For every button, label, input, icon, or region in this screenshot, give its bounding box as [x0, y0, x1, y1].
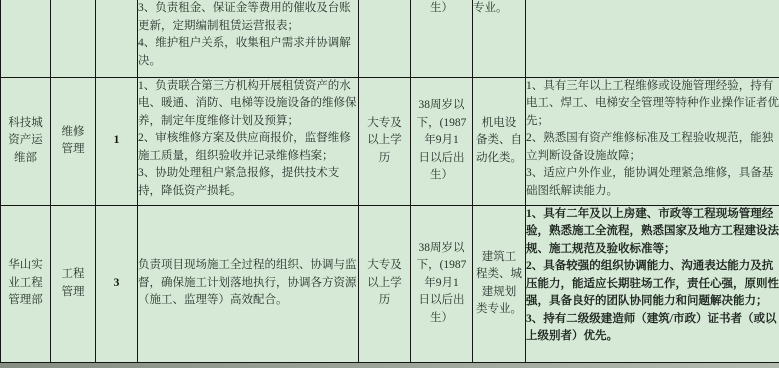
cell-position: 工程 管理	[51, 205, 96, 362]
cell-position: 维修 管理	[51, 77, 96, 205]
cell-duties: 负责项目现场施工全过程的组织、协调与监督，确保施工计划落地执行，协调各方资源（施…	[138, 205, 359, 362]
cell-education: 大专及 以上学 历	[359, 77, 411, 205]
table-row-maintenance-manager: 科技城 资产运 维部 维修 管理 1 1、负责联合第三方机构开展租赁资产的水电、…	[1, 77, 779, 205]
cell-department: 华山实 业工程 管理部	[1, 205, 51, 362]
cell-headcount	[96, 0, 138, 77]
cell-requirements	[526, 0, 779, 77]
table-row-continuation: 3、负责租金、保证金等费用的催收及台账更新，定期编制租赁运营报表； 4、维护租户…	[1, 0, 779, 77]
cell-age-limit: 38周岁以 下，(1987 年9月1 日以后出 生）	[411, 77, 473, 205]
cell-age-limit: 生）	[411, 0, 473, 77]
cell-education	[359, 0, 411, 77]
cell-position	[51, 0, 96, 77]
cell-major: 建筑工 程类、城 建规划 类专业。	[473, 205, 526, 362]
cell-requirements: 1、具有二年及以上房建、市政等工程现场管理经验，熟悉施工全流程，熟悉国家及地方工…	[526, 205, 779, 362]
cell-headcount: 1	[96, 77, 138, 205]
cell-education: 大专及 以上学 历	[359, 205, 411, 362]
cell-major: 机电设 备类、自 动化类。	[473, 77, 526, 205]
cell-age-limit: 38周岁以 下，(1987 年9月1 日以后出 生）	[411, 205, 473, 362]
recruitment-table-page: 3、负责租金、保证金等费用的催收及台账更新，定期编制租赁运营报表； 4、维护租户…	[0, 0, 779, 368]
cell-department: 科技城 资产运 维部	[1, 77, 51, 205]
cell-requirements: 1、具有三年以上工程维修或设施管理经验，持有电工、焊工、电梯安全管理等特种作业操…	[526, 77, 779, 205]
cell-duties: 3、负责租金、保证金等费用的催收及台账更新，定期编制租赁运营报表； 4、维护租户…	[138, 0, 359, 77]
cell-department	[1, 0, 51, 77]
cell-major: 专业。	[473, 0, 526, 77]
cell-headcount: 3	[96, 205, 138, 362]
cell-duties: 1、负责联合第三方机构开展租赁资产的水电、暖通、消防、电梯等设施设备的维修保养，…	[138, 77, 359, 205]
table-row-project-manager: 华山实 业工程 管理部 工程 管理 3 负责项目现场施工全过程的组织、协调与监督…	[1, 205, 779, 362]
recruitment-table: 3、负责租金、保证金等费用的催收及台账更新，定期编制租赁运营报表； 4、维护租户…	[0, 0, 779, 363]
